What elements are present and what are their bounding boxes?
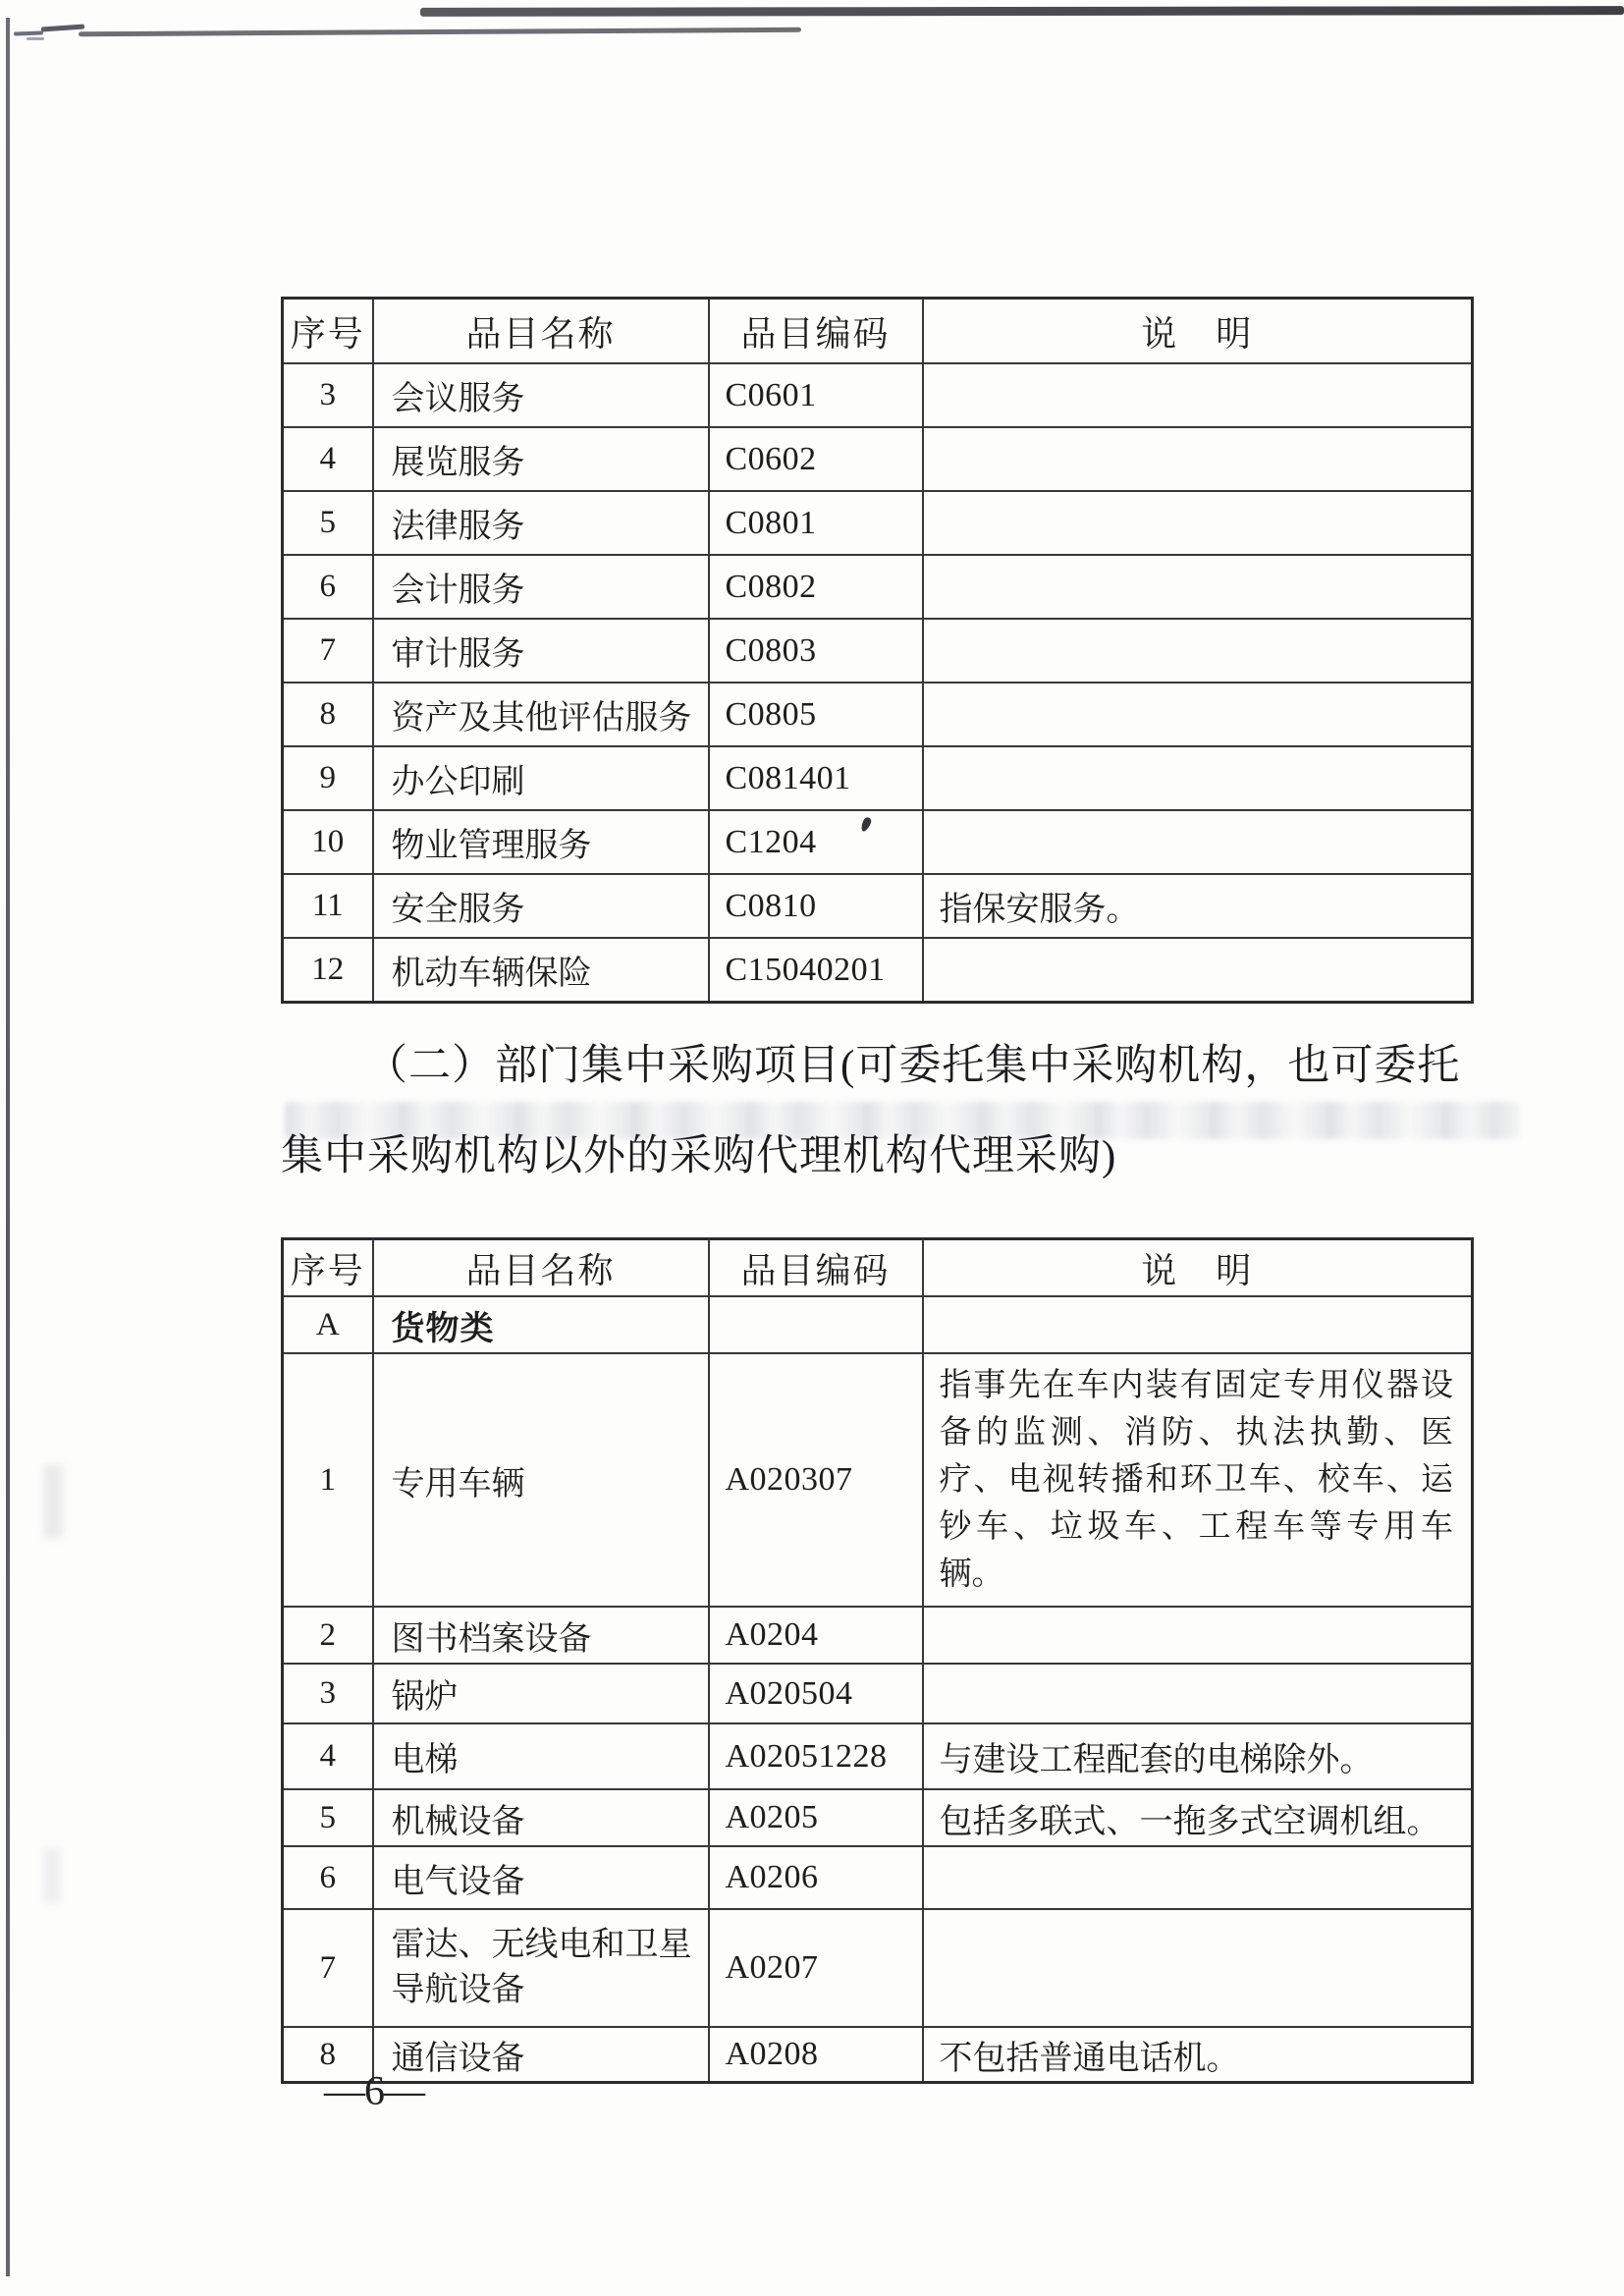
table-row: 5法律服务C0801 xyxy=(283,491,1473,555)
cell-item-name: 会计服务 xyxy=(373,555,709,619)
scan-edge-left-line xyxy=(6,18,10,2276)
table-row: 10物业管理服务C1204 xyxy=(283,810,1473,874)
cell-item-code: C0810 xyxy=(709,874,923,938)
ink-bleed-margin-smudge xyxy=(43,1848,61,1903)
column-header-seq: 序号 xyxy=(283,1239,373,1297)
table-row: 5机械设备A0205包括多联式、一拖多式空调机组。 xyxy=(283,1789,1473,1846)
cell-item-code: C081401 xyxy=(709,746,923,810)
cell-item-name: 机械设备 xyxy=(373,1789,709,1846)
table-row: 8资产及其他评估服务C0805 xyxy=(283,683,1473,746)
cell-seq: 2 xyxy=(283,1607,373,1664)
cell-seq: 9 xyxy=(283,746,373,810)
section-heading-line: 集中采购机构以外的采购代理机构代理采购) xyxy=(281,1112,1460,1202)
cell-note: 指保安服务。 xyxy=(923,874,1473,938)
cell-note xyxy=(923,1909,1473,2027)
page-number: —6— xyxy=(324,2068,424,2115)
cell-note xyxy=(923,1664,1473,1723)
cell-item-code xyxy=(709,1296,923,1353)
table-row: 1专用车辆A020307指事先在车内装有固定专用仪器设备的监测、消防、执法执勤、… xyxy=(283,1353,1473,1607)
column-header-item-code: 品目编码 xyxy=(709,299,923,364)
scan-edge-top-line-secondary xyxy=(79,27,801,36)
cell-seq: 6 xyxy=(283,555,373,619)
cell-item-name: 专用车辆 xyxy=(373,1353,709,1607)
cell-item-name: 审计服务 xyxy=(373,619,709,683)
cell-item-code: A020307 xyxy=(709,1353,923,1607)
cell-item-code: A0208 xyxy=(709,2027,923,2083)
cell-item-name: 资产及其他评估服务 xyxy=(373,683,709,746)
table-row: 4电梯A02051228与建设工程配套的电梯除外。 xyxy=(283,1723,1473,1789)
table-row: 6会计服务C0802 xyxy=(283,555,1473,619)
column-header-note: 说 明 xyxy=(923,1239,1473,1297)
cell-item-name: 物业管理服务 xyxy=(373,810,709,874)
cell-item-code: C0801 xyxy=(709,491,923,555)
cell-item-name: 电梯 xyxy=(373,1723,709,1789)
table-header-row: 序号 品目名称 品目编码 说 明 xyxy=(283,1239,1473,1297)
cell-seq: 3 xyxy=(283,363,373,427)
ink-bleed-margin-smudge xyxy=(43,1465,63,1538)
cell-item-code: C0802 xyxy=(709,555,923,619)
cell-seq: 7 xyxy=(283,619,373,683)
cell-seq: 1 xyxy=(283,1353,373,1607)
scan-edge-top-line xyxy=(420,6,1624,17)
table-row: 11安全服务C0810指保安服务。 xyxy=(283,874,1473,938)
table-row: 3会议服务C0601 xyxy=(283,363,1473,427)
cell-item-name: 锅炉 xyxy=(373,1664,709,1723)
cell-item-name: 会议服务 xyxy=(373,363,709,427)
cell-item-name: 货物类 xyxy=(373,1296,709,1353)
cell-item-code: C0805 xyxy=(709,683,923,746)
cell-seq: 4 xyxy=(283,1723,373,1789)
cell-seq: 4 xyxy=(283,427,373,491)
cell-seq: 6 xyxy=(283,1846,373,1909)
cell-seq: 5 xyxy=(283,1789,373,1846)
column-header-item-name: 品目名称 xyxy=(373,1239,709,1297)
cell-item-name: 电气设备 xyxy=(373,1846,709,1909)
cell-note xyxy=(923,1846,1473,1909)
table-row: 6电气设备A0206 xyxy=(283,1846,1473,1909)
cell-item-name: 雷达、无线电和卫星导航设备 xyxy=(373,1909,709,2027)
table-row: 8通信设备A0208不包括普通电话机。 xyxy=(283,2027,1473,2083)
cell-item-name: 法律服务 xyxy=(373,491,709,555)
cell-note xyxy=(923,619,1473,683)
cell-item-code: C15040201 xyxy=(709,938,923,1003)
cell-item-code: A0204 xyxy=(709,1607,923,1664)
table-row: 3锅炉A020504 xyxy=(283,1664,1473,1723)
cell-seq: 5 xyxy=(283,491,373,555)
cell-note xyxy=(923,491,1473,555)
cell-item-name: 机动车辆保险 xyxy=(373,938,709,1003)
cell-note xyxy=(923,427,1473,491)
cell-seq: 8 xyxy=(283,683,373,746)
cell-note xyxy=(923,746,1473,810)
cell-note xyxy=(923,683,1473,746)
table-header-row: 序号 品目名称 品目编码 说 明 xyxy=(283,299,1473,364)
cell-note xyxy=(923,1296,1473,1353)
procurement-items-table-departmental: 序号 品目名称 品目编码 说 明 A货物类1专用车辆A020307指事先在车内装… xyxy=(281,1237,1474,2084)
cell-note xyxy=(923,363,1473,427)
cell-seq: 10 xyxy=(283,810,373,874)
table-row: 12机动车辆保险C15040201 xyxy=(283,938,1473,1003)
cell-note: 不包括普通电话机。 xyxy=(923,2027,1473,2083)
cell-seq: 12 xyxy=(283,938,373,1003)
scan-ink-dash xyxy=(41,24,84,31)
cell-item-code: A0206 xyxy=(709,1846,923,1909)
cell-item-code: A0205 xyxy=(709,1789,923,1846)
column-header-item-code: 品目编码 xyxy=(709,1239,923,1297)
scan-ink-dash xyxy=(27,37,44,40)
cell-item-code: C0601 xyxy=(709,363,923,427)
section-heading-line: （二）部门集中采购项目(可委托集中采购机构，也可委托 xyxy=(281,1021,1460,1112)
table-row: A货物类 xyxy=(283,1296,1473,1353)
cell-note xyxy=(923,555,1473,619)
cell-item-code: A0207 xyxy=(709,1909,923,2027)
cell-note xyxy=(923,938,1473,1003)
table-row: 7审计服务C0803 xyxy=(283,619,1473,683)
cell-item-code: C0602 xyxy=(709,427,923,491)
cell-note: 包括多联式、一拖多式空调机组。 xyxy=(923,1789,1473,1846)
cell-item-name: 安全服务 xyxy=(373,874,709,938)
cell-item-name: 图书档案设备 xyxy=(373,1607,709,1664)
table-row: 9办公印刷C081401 xyxy=(283,746,1473,810)
cell-seq: 3 xyxy=(283,1664,373,1723)
cell-note: 与建设工程配套的电梯除外。 xyxy=(923,1723,1473,1789)
cell-item-code: C1204 xyxy=(709,810,923,874)
cell-note: 指事先在车内装有固定专用仪器设备的监测、消防、执法执勤、医疗、电视转播和环卫车、… xyxy=(923,1353,1473,1607)
cell-item-code: A02051228 xyxy=(709,1723,923,1789)
scan-ink-dash xyxy=(14,30,43,35)
cell-item-name: 办公印刷 xyxy=(373,746,709,810)
cell-item-code: C0803 xyxy=(709,619,923,683)
column-header-seq: 序号 xyxy=(283,299,373,364)
cell-seq: 11 xyxy=(283,874,373,938)
cell-item-code: A020504 xyxy=(709,1664,923,1723)
cell-seq: A xyxy=(283,1296,373,1353)
column-header-item-name: 品目名称 xyxy=(373,299,709,364)
scanned-document-page: 序号 品目名称 品目编码 说 明 3会议服务C06014展览服务C06025法律… xyxy=(0,0,1624,2296)
table-row: 7雷达、无线电和卫星导航设备A0207 xyxy=(283,1909,1473,2027)
column-header-note: 说 明 xyxy=(923,299,1473,364)
procurement-items-table-services: 序号 品目名称 品目编码 说 明 3会议服务C06014展览服务C06025法律… xyxy=(281,297,1474,1004)
section-heading: （二）部门集中采购项目(可委托集中采购机构，也可委托 集中采购机构以外的采购代理… xyxy=(281,1021,1460,1202)
cell-note xyxy=(923,1607,1473,1664)
table-row: 2图书档案设备A0204 xyxy=(283,1607,1473,1664)
cell-seq: 7 xyxy=(283,1909,373,2027)
cell-note xyxy=(923,810,1473,874)
table-row: 4展览服务C0602 xyxy=(283,427,1473,491)
cell-item-name: 展览服务 xyxy=(373,427,709,491)
